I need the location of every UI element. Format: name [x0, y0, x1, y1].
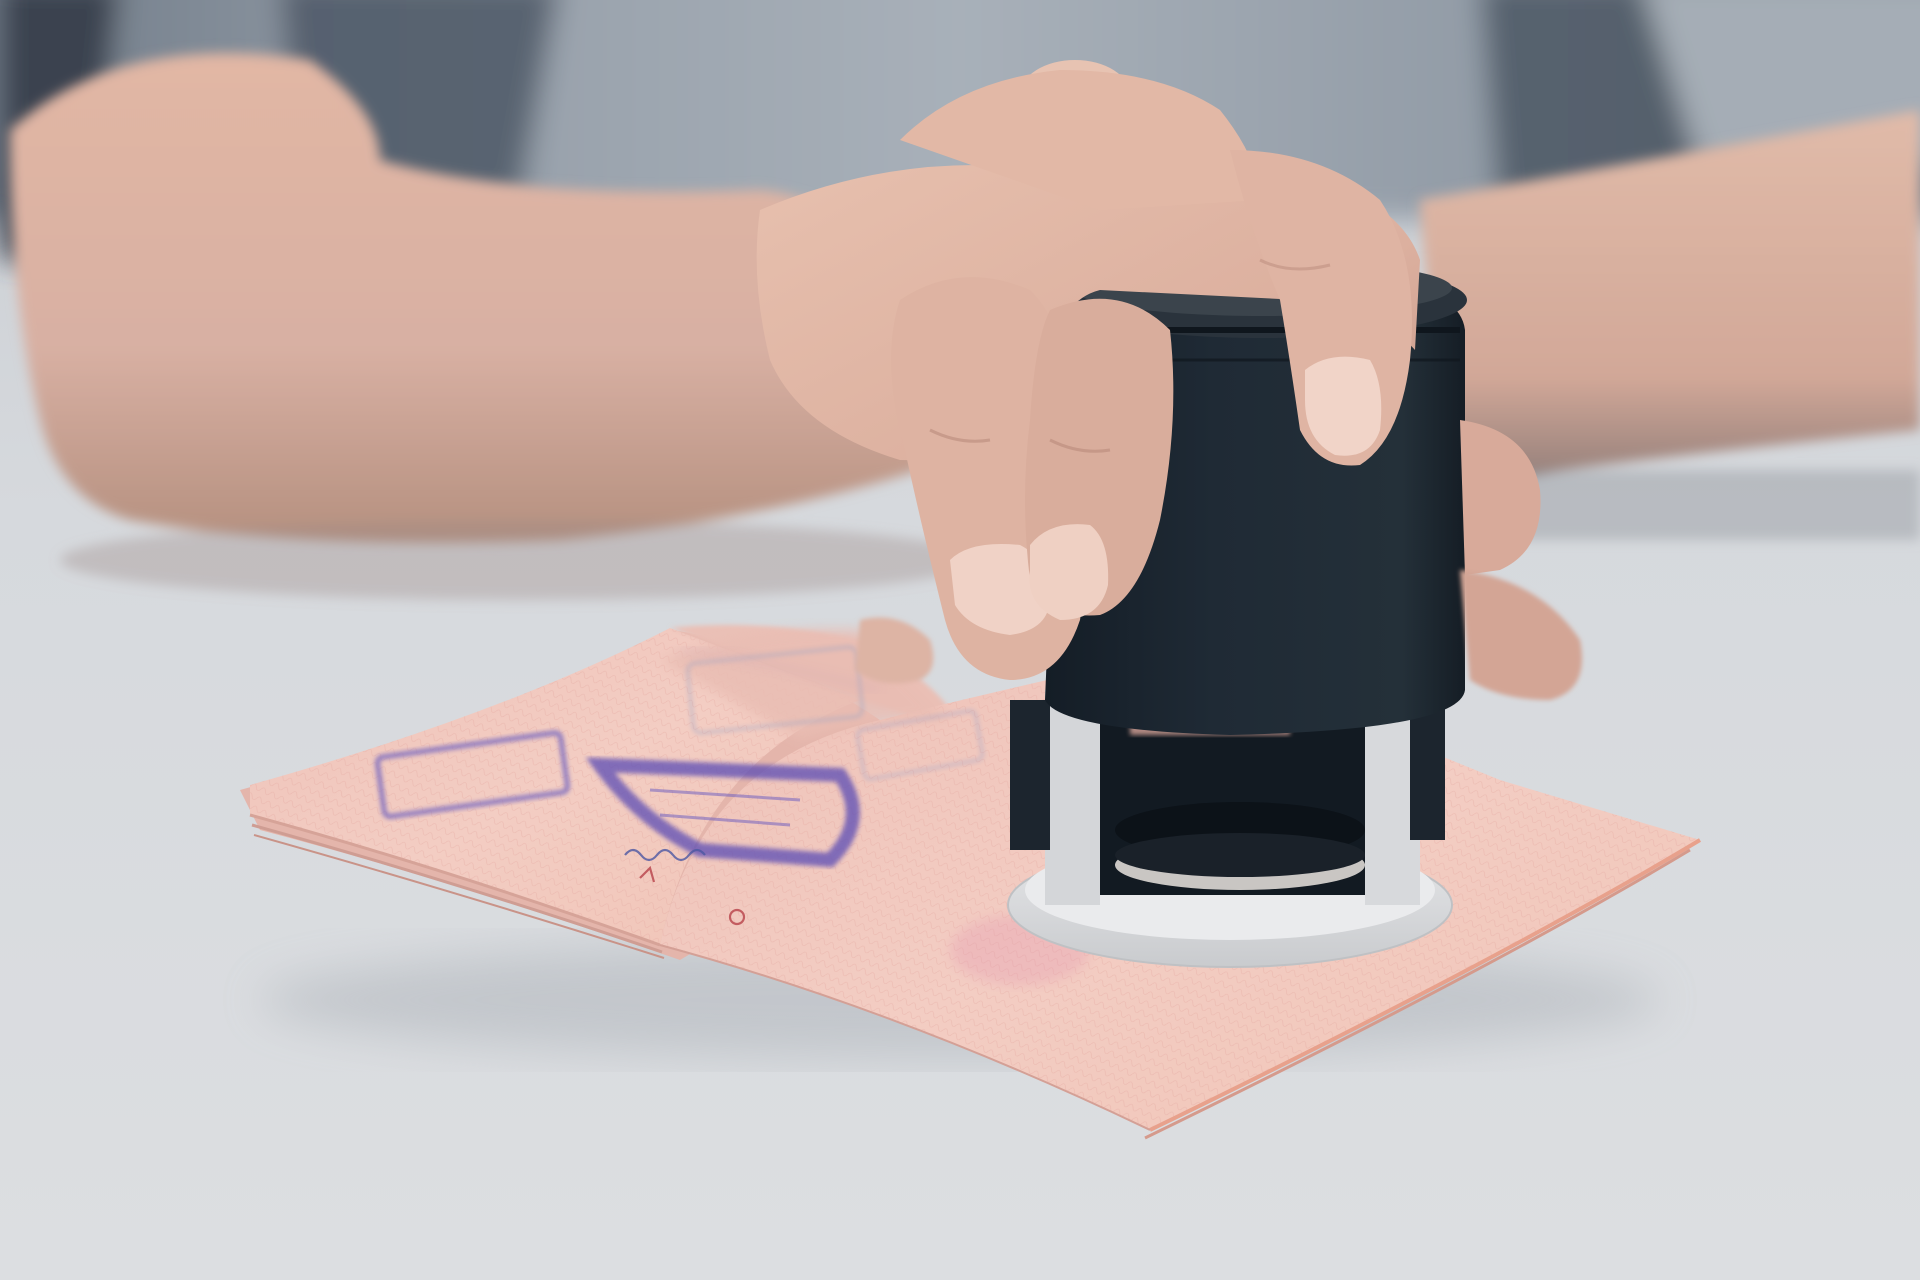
photo-illustration [0, 0, 1920, 1280]
photo-scene: Hand pressing a black self-inking stamp … [0, 0, 1920, 1280]
